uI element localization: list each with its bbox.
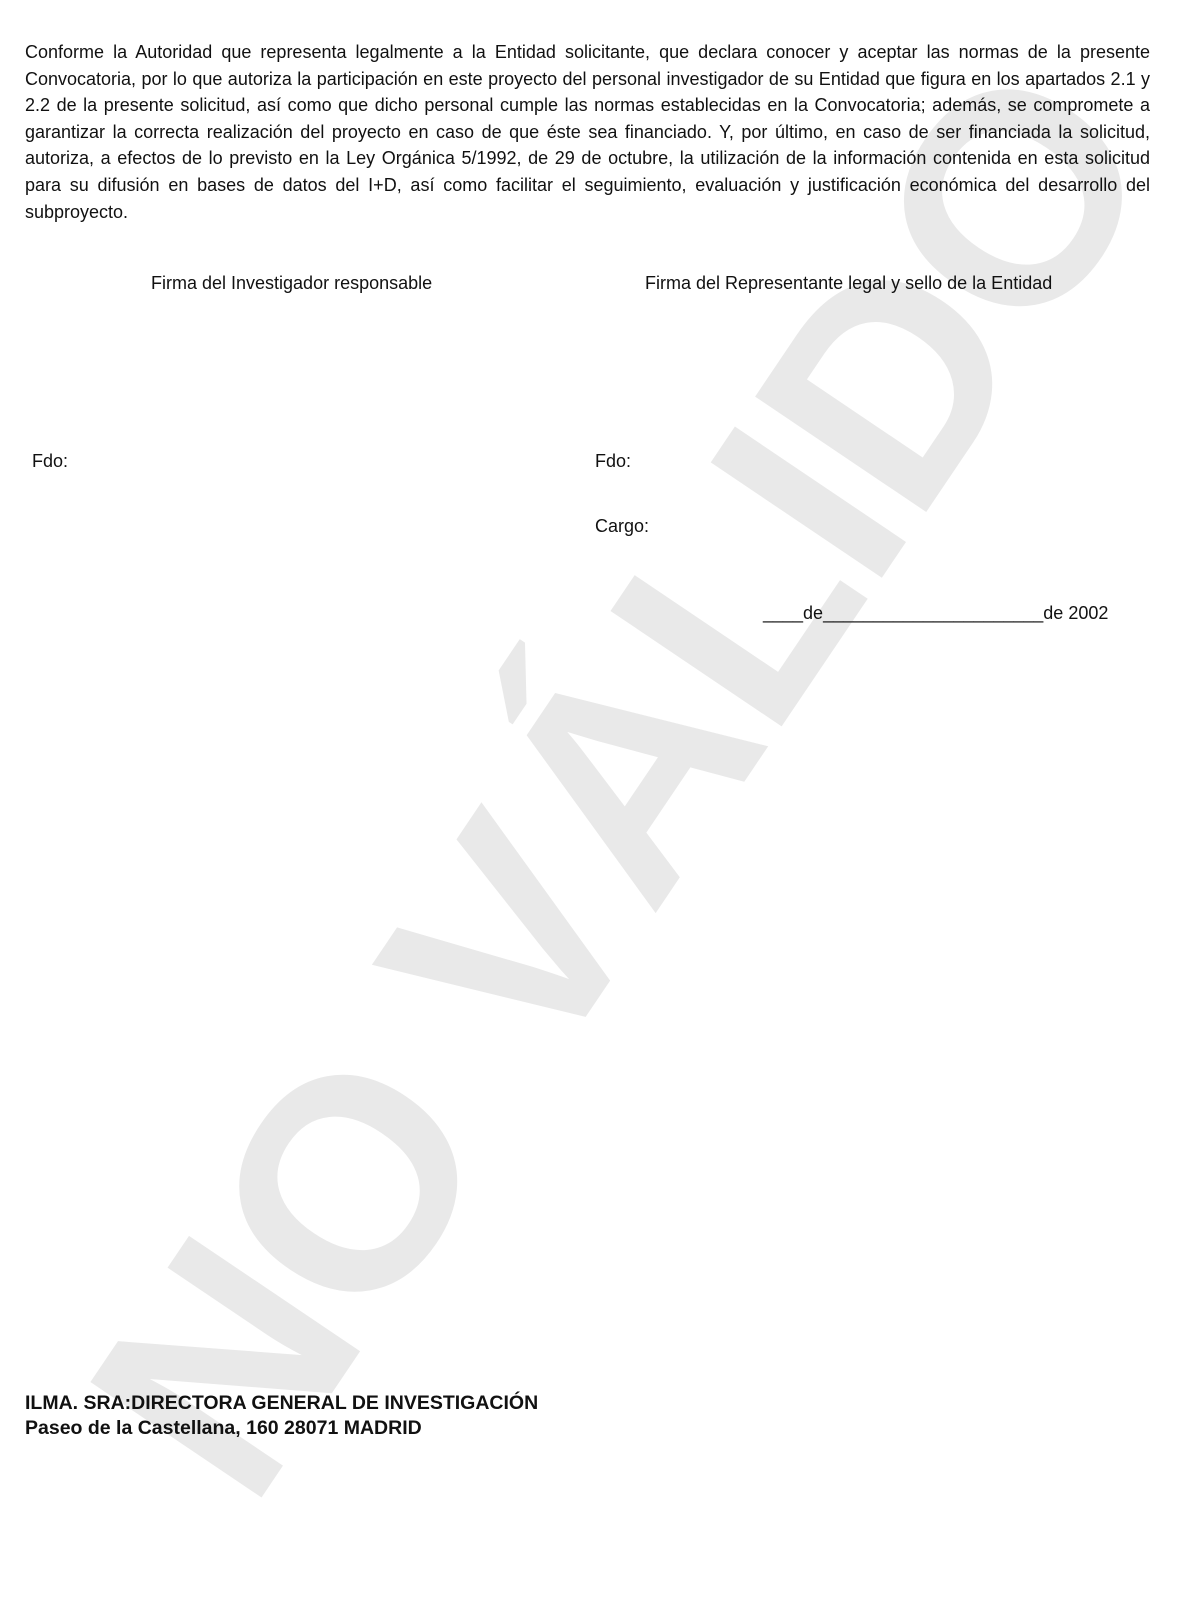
watermark-no-valido: NO VÁLIDO — [40, 20, 1185, 1540]
authorization-paragraph: Conforme la Autoridad que representa leg… — [25, 39, 1150, 225]
signature-label-investigator: Firma del Investigador responsable — [151, 273, 432, 294]
representative-cargo-field: Cargo: — [595, 516, 649, 537]
addressee-title: ILMA. SRA:DIRECTORA GENERAL DE INVESTIGA… — [25, 1391, 538, 1416]
investigator-fdo-field: Fdo: — [32, 451, 68, 472]
addressee-address: Paseo de la Castellana, 160 28071 MADRID — [25, 1416, 538, 1441]
addressee-block: ILMA. SRA:DIRECTORA GENERAL DE INVESTIGA… — [25, 1391, 538, 1441]
date-line: ____de______________________de 2002 — [763, 603, 1108, 624]
signature-label-legal-representative: Firma del Representante legal y sello de… — [645, 273, 1052, 294]
representative-fdo-field: Fdo: — [595, 451, 631, 472]
